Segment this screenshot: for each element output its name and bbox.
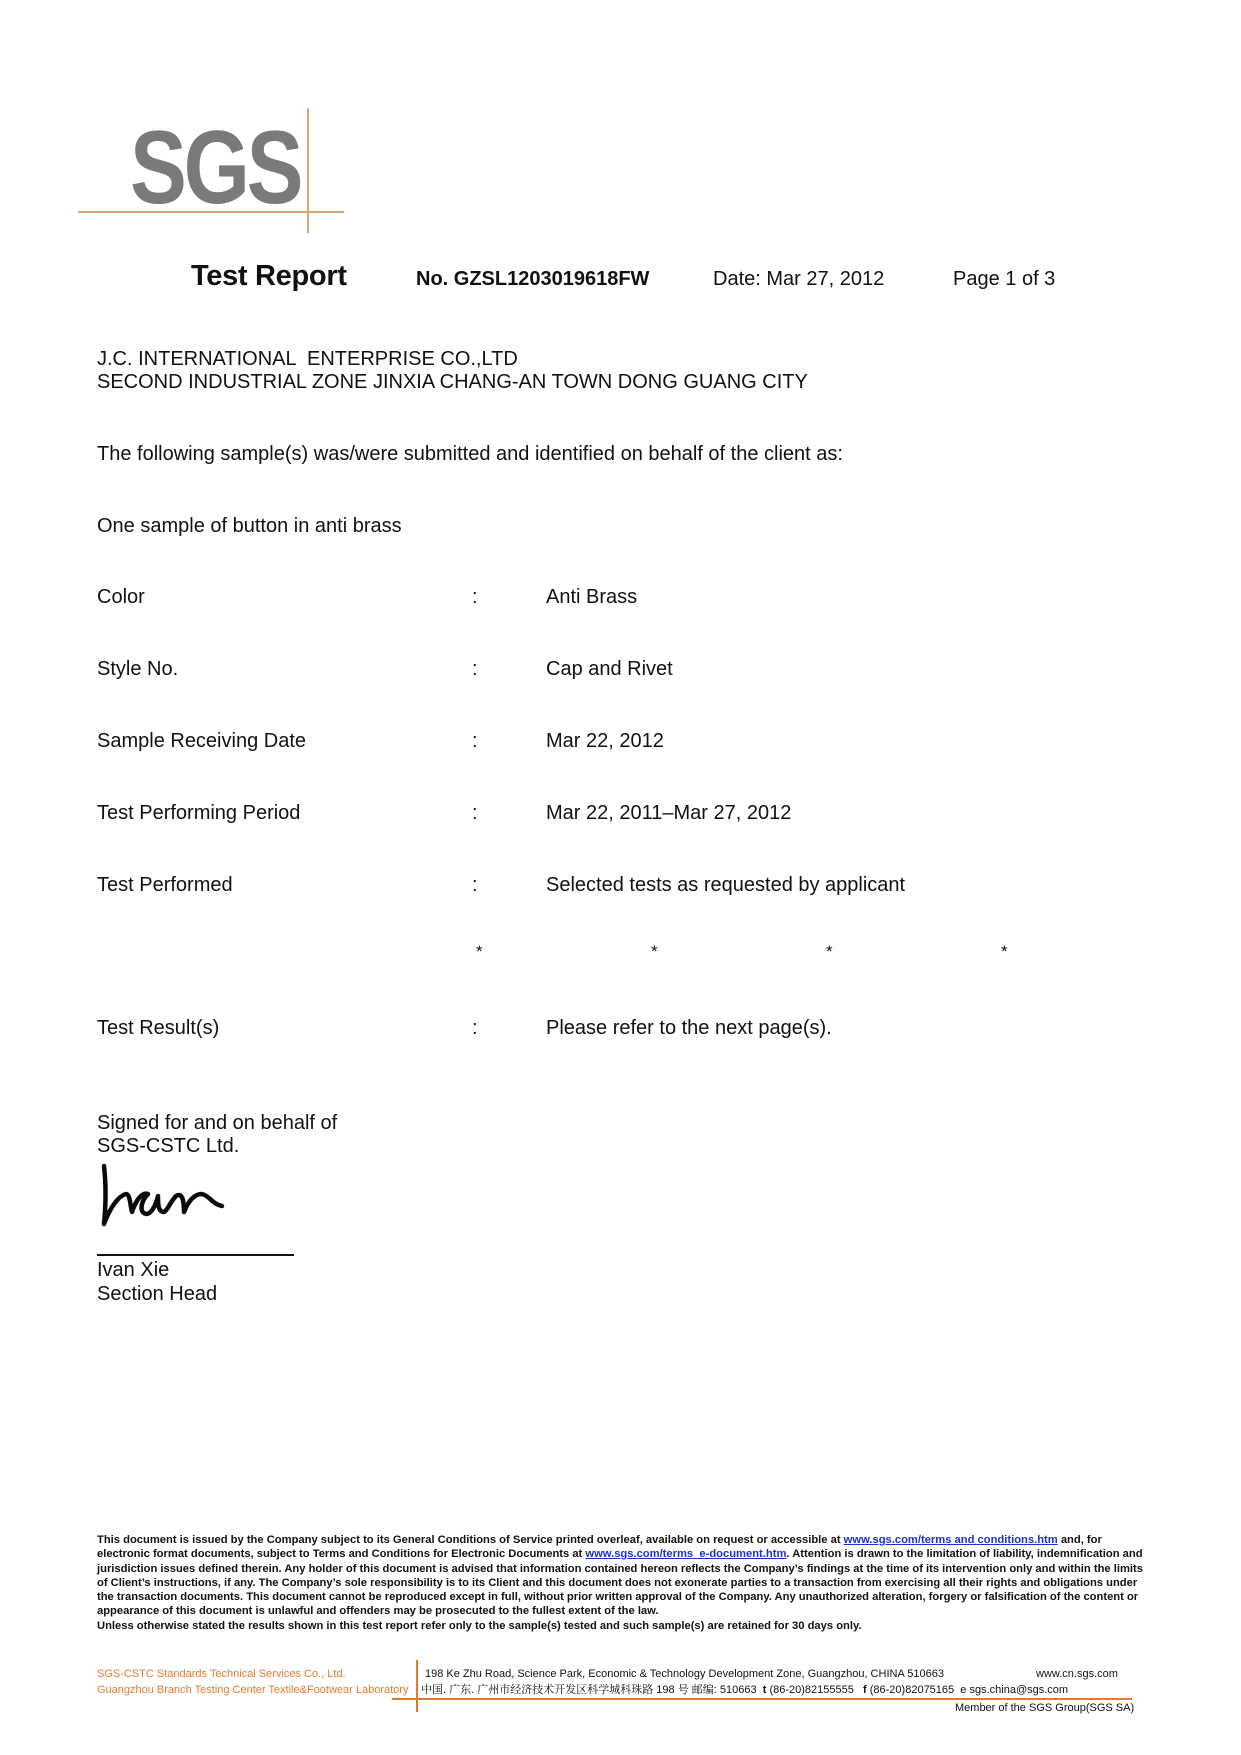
logo-vertical-rule — [307, 108, 309, 233]
disclaimer-text-1: This document is issued by the Company s… — [97, 1534, 844, 1546]
signed-on-behalf-line1: Signed for and on behalf of — [97, 1111, 337, 1135]
footer-address-chinese: 中国. 广东. 广州市经济技术开发区科学城科珠路 198 号 邮编: 51066… — [421, 1684, 757, 1696]
signer-title: Section Head — [97, 1282, 217, 1306]
field-value-receiving-date: Mar 22, 2012 — [546, 729, 664, 753]
field-colon: : — [472, 873, 478, 897]
field-label-receiving-date: Sample Receiving Date — [97, 729, 306, 753]
field-label-test-results: Test Result(s) — [97, 1016, 219, 1040]
field-label-color: Color — [97, 585, 145, 609]
field-colon: : — [472, 585, 478, 609]
separator-star: * — [476, 942, 483, 962]
logo-horizontal-rule — [78, 211, 344, 213]
footer-lab-name: Guangzhou Branch Testing Center Textile&… — [97, 1682, 408, 1698]
legal-disclaimer: This document is issued by the Company s… — [97, 1533, 1147, 1633]
tel-label: t — [763, 1684, 767, 1696]
field-colon: : — [472, 1016, 478, 1040]
page-indicator: Page 1 of 3 — [953, 268, 1055, 291]
report-title: Test Report — [191, 260, 347, 293]
footer-telephone: (86-20)82155555 — [769, 1684, 853, 1696]
separator-star: * — [826, 942, 833, 962]
field-colon: : — [472, 729, 478, 753]
client-name: J.C. INTERNATIONAL ENTERPRISE CO.,LTD — [97, 347, 518, 371]
handwritten-signature-icon — [96, 1160, 256, 1232]
footer-member-notice: Member of the SGS Group(SGS SA) — [955, 1700, 1134, 1716]
footer-website: www.cn.sgs.com — [1036, 1666, 1118, 1682]
intro-statement: The following sample(s) was/were submitt… — [97, 442, 843, 466]
footer-company-name: SGS-CSTC Standards Technical Services Co… — [97, 1666, 346, 1682]
signed-on-behalf-line2: SGS-CSTC Ltd. — [97, 1134, 239, 1158]
sample-description: One sample of button in anti brass — [97, 514, 402, 538]
report-number: No. GZSL1203019618FW — [416, 268, 649, 291]
field-colon: : — [472, 801, 478, 825]
email-label: e — [960, 1684, 966, 1696]
fax-label: f — [863, 1684, 867, 1696]
signer-name: Ivan Xie — [97, 1258, 169, 1282]
footer-fax: (86-20)82075165 — [870, 1684, 954, 1696]
field-value-test-results: Please refer to the next page(s). — [546, 1016, 832, 1040]
field-label-style-no: Style No. — [97, 657, 178, 681]
field-label-test-period: Test Performing Period — [97, 801, 300, 825]
sgs-logo: SGS — [78, 108, 348, 233]
terms-e-document-link[interactable]: www.sgs.com/terms_e-document.htm — [585, 1548, 786, 1560]
sgs-logo-text: SGS — [130, 116, 300, 220]
retention-notice: Unless otherwise stated the results show… — [97, 1619, 1147, 1633]
separator-star: * — [651, 942, 658, 962]
field-value-color: Anti Brass — [546, 585, 637, 609]
footer-email: sgs.china@sgs.com — [969, 1684, 1068, 1696]
field-value-style-no: Cap and Rivet — [546, 657, 673, 681]
field-value-test-period: Mar 22, 2011–Mar 27, 2012 — [546, 801, 791, 825]
report-date: Date: Mar 27, 2012 — [713, 268, 884, 291]
footer-vertical-rule — [416, 1660, 418, 1712]
field-label-test-performed: Test Performed — [97, 873, 233, 897]
footer-address-english: 198 Ke Zhu Road, Science Park, Economic … — [425, 1666, 944, 1682]
signature-line — [97, 1254, 294, 1256]
field-colon: : — [472, 657, 478, 681]
footer-address-chinese-contact: 中国. 广东. 广州市经济技术开发区科学城科珠路 198 号 邮编: 51066… — [421, 1682, 1068, 1698]
separator-star: * — [1001, 942, 1008, 962]
client-address: SECOND INDUSTRIAL ZONE JINXIA CHANG-AN T… — [97, 370, 808, 394]
terms-conditions-link[interactable]: www.sgs.com/terms and conditions.htm — [844, 1534, 1058, 1546]
field-value-test-performed: Selected tests as requested by applicant — [546, 873, 905, 897]
